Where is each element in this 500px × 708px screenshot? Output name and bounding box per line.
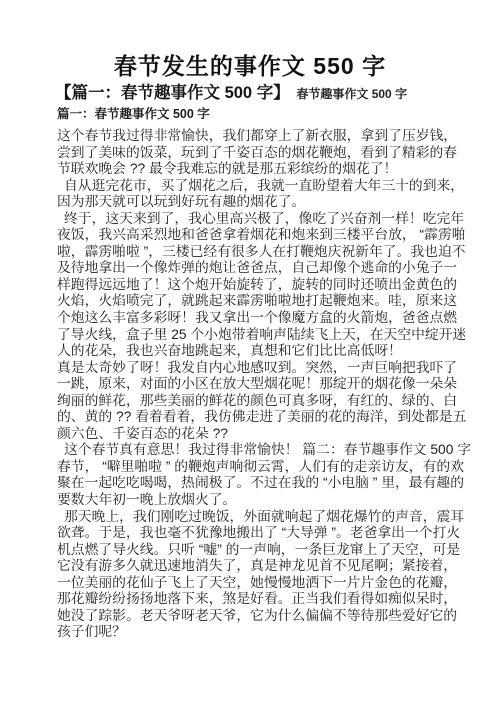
essay-line: 春节， “噼里啪啦 ” 的鞭炮声响彻云霄，人们有的走亲访友，有的欢 (57, 459, 450, 476)
section-subheading: 篇一：春节趣事作文 500 字 (0, 106, 500, 122)
essay-line: 它没有游多久就迅速地消失了，真是神龙见首不见尾啊；紧接着， (57, 558, 450, 575)
section-heading-bold: 【篇一：春节趣事作文 500 字】 (55, 84, 290, 102)
essay-line: 这个春节真有意思！我过得非常愉快！ 篇二：春节趣事作文 500 字 (57, 442, 450, 459)
essay-line: 及待地拿出一个像炸弹的炮让爸爸点，自己却像个逃命的小兔子一 (57, 260, 450, 277)
essay-line: 的、黄的 ?? 看着看着，我仿佛走进了美丽的花的海洋，到处都是五 (57, 409, 450, 426)
essay-line: 欲聋。于是，我也毫不犹豫地搬出了 “大导弹 ”。老爸拿出一个打火 (57, 525, 450, 542)
essay-line: 聚在一起吃吃喝喝，热闹极了。不过在我的 “小电脑 ” 里，最有趣的 (57, 475, 450, 492)
essay-line: 个炮这么丰富多彩呀！我又拿出一个像魔方盒的火箭炮，爸爸点燃 (57, 310, 450, 327)
essay-line: 颜六色、千姿百态的花朵 ?? (57, 426, 450, 443)
section-heading: 【篇一：春节趣事作文 500 字】 春节趣事作文 500 字 (0, 83, 500, 104)
essay-line: 孩子们呢？ (57, 624, 450, 641)
essay-line: 终于，这天来到了，我心里高兴极了，像吃了兴奋剂一样！吃完年 (57, 211, 450, 228)
essay-line: 那花瓣纷纷扬扬地落下来，煞是好看。正当我们看得如痴似呆时， (57, 591, 450, 608)
essay-line: 因为那天就可以玩到好玩有趣的烟花了。 (57, 194, 450, 211)
essay-line: 夜饭，我兴高采烈地和爸爸拿着烟花和炮来到三楼平台放， “霹雳啪 (57, 227, 450, 244)
essay-line: 她没了踪影。老天爷呀老天爷，它为什么偏偏不等待那些爱好它的 (57, 608, 450, 625)
essay-line: 机点燃了导火线。只听 “嘘” 的一声响，一条巨龙窜上了天空，可是 (57, 542, 450, 559)
page-title: 春节发生的事作文 550 字 (0, 52, 500, 80)
essay-line: 啦，霹雳啪啦 ”，三楼已经有很多人在打鞭炮庆祝新年了。我也迫不 (57, 244, 450, 261)
essay-line: 尝到了美味的饭菜，玩到了千姿百态的烟花鞭炮，看到了精彩的春 (57, 145, 450, 162)
essay-line: 这个春节我过得非常愉快，我们都穿上了新衣服，拿到了压岁钱， (57, 128, 450, 145)
essay-line: 了导火线，盒子里 25 个小炮带着响声陆续飞上天，在天空中绽开迷 (57, 327, 450, 344)
essay-line: 火焰，火焰喷完了，就跳起来霹雳啪啦地打起鞭炮来。哇，原来这 (57, 293, 450, 310)
essay-line: 要数大年初一晚上放烟火了。 (57, 492, 450, 509)
essay-body: 这个春节我过得非常愉快，我们都穿上了新衣服，拿到了压岁钱，尝到了美味的饭菜，玩到… (0, 128, 500, 641)
essay-line: 节联欢晚会 ?? 最令我难忘的就是那五彩缤纷的烟花了！ (57, 161, 450, 178)
essay-line: 一跳，原来，对面的小区在放大型烟花呢！那绽开的烟花像一朵朵 (57, 376, 450, 393)
essay-line: 一位美丽的花仙子飞上了天空，她慢慢地洒下一片片金色的花瓣， (57, 575, 450, 592)
essay-line: 人的花朵，我也兴奋地跳起来，真想和它们比比高低呀！ (57, 343, 450, 360)
essay-line: 那天晚上，我们刚吃过晚饭，外面就响起了烟花爆竹的声音，震耳 (57, 509, 450, 526)
document-page: 春节发生的事作文 550 字 【篇一：春节趣事作文 500 字】 春节趣事作文 … (0, 0, 500, 708)
section-heading-note: 春节趣事作文 500 字 (296, 87, 407, 101)
essay-line: 自从逛完花市，买了烟花之后，我就一直盼望着大年三十的到来， (57, 178, 450, 195)
essay-line: 样跑得远远地了！这个炮开始旋转了，旋转的同时还喷出金黄色的 (57, 277, 450, 294)
essay-line: 真是太奇妙了呀！我发自内心地感叹到。突然，一声巨响把我吓了 (57, 360, 450, 377)
essay-line: 绚丽的鲜花，那些美丽的鲜花的颜色可真多呀，有红的、绿的、白 (57, 393, 450, 410)
